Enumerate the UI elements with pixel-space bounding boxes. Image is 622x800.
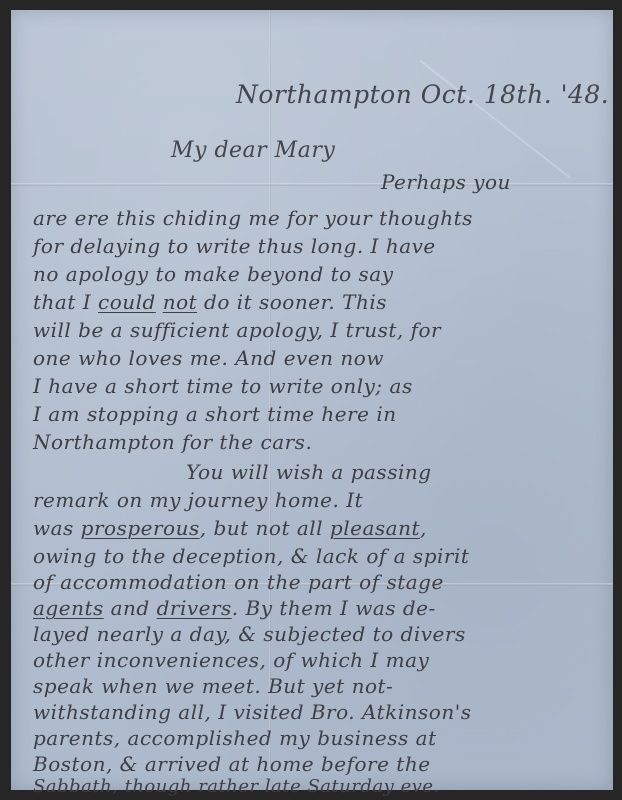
text-fragment: . By them I was de- — [232, 596, 436, 620]
letter-line: other inconveniences, of which I may — [33, 648, 429, 672]
dateline-date: Oct. 18th. '48. — [421, 80, 609, 109]
letter-line: I have a short time to write only; as — [33, 374, 413, 398]
letter-line: was prosperous, but not all pleasant, — [33, 516, 427, 540]
letter-line: that I could not do it sooner. This — [33, 290, 387, 314]
letter-line: are ere this chiding me for your thought… — [33, 206, 473, 230]
letter-line: parents, accomplished my business at — [33, 726, 437, 750]
letter-line: agents and drivers. By them I was de- — [33, 596, 436, 620]
letter-line: I am stopping a short time here in — [33, 402, 397, 426]
letter-line: will be a sufficient apology, I trust, f… — [33, 318, 441, 342]
underlined-word: not — [163, 290, 197, 314]
letter-line: remark on my journey home. It — [33, 488, 363, 512]
underlined-word: prosperous — [81, 516, 200, 540]
letter-line: one who loves me. And even now — [33, 346, 384, 370]
letter-line: of accommodation on the part of stage — [33, 570, 444, 594]
underlined-word: could — [98, 290, 156, 314]
document-viewer: Northampton Oct. 18th. '48. My dear Mary… — [0, 0, 622, 800]
letter-line: layed nearly a day, & subjected to diver… — [33, 622, 466, 646]
text-fragment: , — [420, 516, 427, 540]
letter-line: Northampton for the cars. — [33, 430, 312, 454]
text-fragment: and — [104, 596, 157, 620]
salutation: My dear Mary — [171, 138, 335, 163]
letter-line: no apology to make beyond to say — [33, 262, 394, 286]
text-fragment: that I — [33, 290, 98, 314]
vertical-fold — [269, 10, 271, 790]
text-fragment: , but not all — [200, 516, 330, 540]
letter-page: Northampton Oct. 18th. '48. My dear Mary… — [11, 10, 613, 790]
horizontal-fold-top — [11, 183, 613, 186]
diagonal-crease — [420, 60, 571, 179]
text-fragment — [156, 290, 163, 314]
dateline-place: Northampton — [236, 80, 412, 109]
letter-line: owing to the deception, & lack of a spir… — [33, 544, 469, 568]
letter-line: speak when we meet. But yet not- — [33, 674, 393, 698]
letter-line: for delaying to write thus long. I have — [33, 234, 436, 258]
text-fragment: was — [33, 516, 81, 540]
letter-line: Perhaps you — [381, 170, 511, 194]
letter-line: withstanding all, I visited Bro. Atkinso… — [33, 700, 472, 724]
dateline: Northampton Oct. 18th. '48. — [236, 80, 609, 109]
underlined-word: agents — [33, 596, 104, 620]
underlined-word: pleasant — [330, 516, 420, 540]
text-fragment: do it sooner. This — [197, 290, 387, 314]
letter-line: You will wish a passing — [186, 460, 432, 484]
underlined-word: drivers — [157, 596, 232, 620]
